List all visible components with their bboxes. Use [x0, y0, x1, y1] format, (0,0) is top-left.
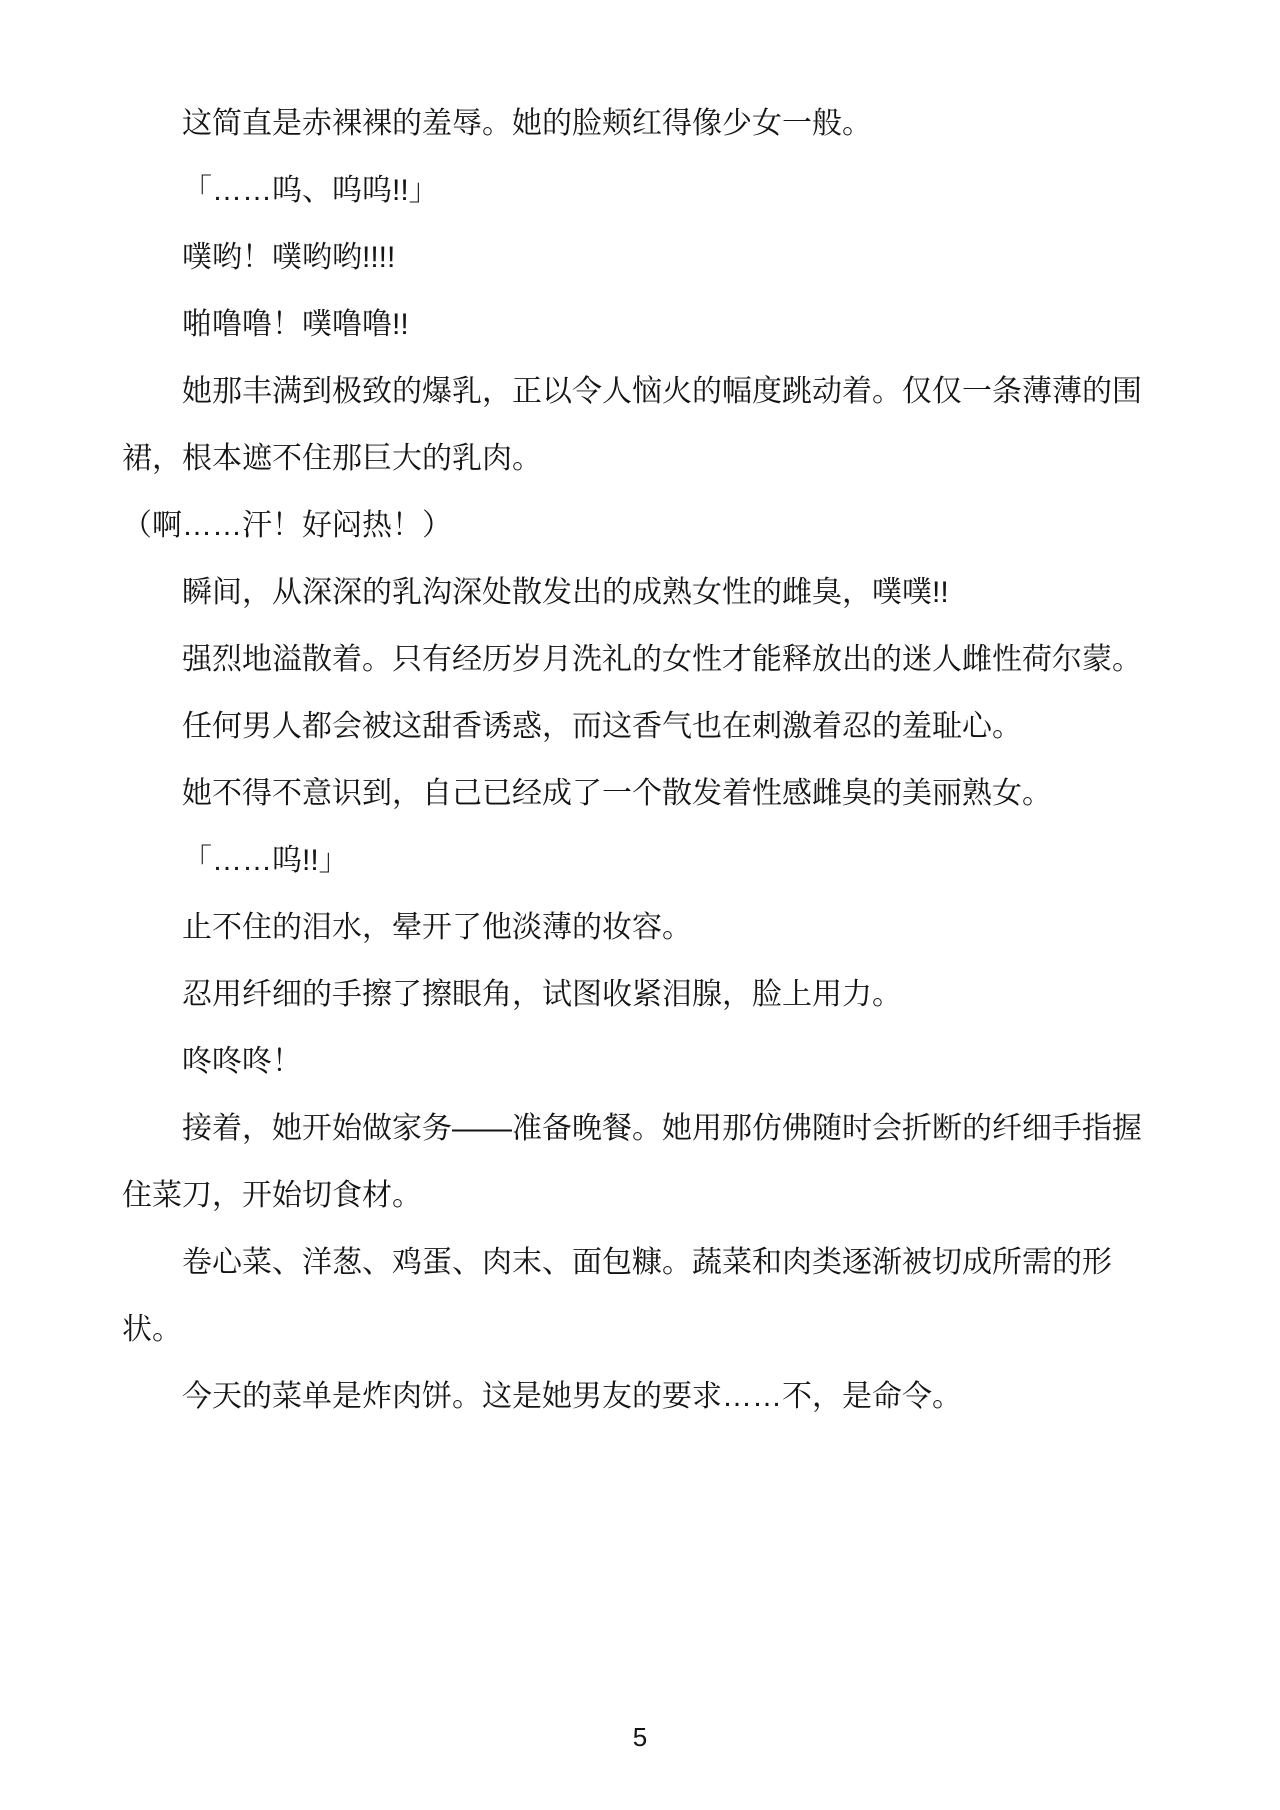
paragraph: 卷心菜、洋葱、鸡蛋、肉末、面包糠。蔬菜和肉类逐渐被切成所需的形状。: [122, 1229, 1164, 1363]
paragraph: 今天的菜单是炸肉饼。这是她男友的要求……不，是命令。: [122, 1363, 1164, 1430]
paragraph: 止不住的泪水，晕开了他淡薄的妆容。: [122, 894, 1164, 961]
paragraph: 「……呜!!」: [122, 827, 1164, 894]
document-page: 这简直是赤裸裸的羞辱。她的脸颊红得像少女一般。「……呜、呜呜!!」噗哟！噗哟哟!…: [0, 0, 1280, 1810]
paragraph: 咚咚咚！: [122, 1028, 1164, 1095]
paragraph: 啪噜噜！噗噜噜!!: [122, 291, 1164, 358]
text-content: 这简直是赤裸裸的羞辱。她的脸颊红得像少女一般。「……呜、呜呜!!」噗哟！噗哟哟!…: [122, 90, 1164, 1430]
paragraph: （啊……汗！好闷热！）: [122, 492, 1164, 559]
paragraph: 强烈地溢散着。只有经历岁月洗礼的女性才能释放出的迷人雌性荷尔蒙。: [122, 626, 1164, 693]
paragraph: 任何男人都会被这甜香诱惑，而这香气也在刺激着忍的羞耻心。: [122, 693, 1164, 760]
paragraph: 接着，她开始做家务——准备晚餐。她用那仿佛随时会折断的纤细手指握住菜刀，开始切食…: [122, 1095, 1164, 1229]
page-footer: 5: [0, 1722, 1280, 1752]
paragraph: 忍用纤细的手擦了擦眼角，试图收紧泪腺，脸上用力。: [122, 961, 1164, 1028]
paragraph: 噗哟！噗哟哟!!!!: [122, 224, 1164, 291]
paragraph: 瞬间，从深深的乳沟深处散发出的成熟女性的雌臭，噗噗!!: [122, 559, 1164, 626]
page-number: 5: [633, 1722, 647, 1752]
paragraph: 她不得不意识到，自己已经成了一个散发着性感雌臭的美丽熟女。: [122, 760, 1164, 827]
paragraph: 「……呜、呜呜!!」: [122, 157, 1164, 224]
paragraph: 她那丰满到极致的爆乳，正以令人恼火的幅度跳动着。仅仅一条薄薄的围裙，根本遮不住那…: [122, 358, 1164, 492]
paragraph: 这简直是赤裸裸的羞辱。她的脸颊红得像少女一般。: [122, 90, 1164, 157]
